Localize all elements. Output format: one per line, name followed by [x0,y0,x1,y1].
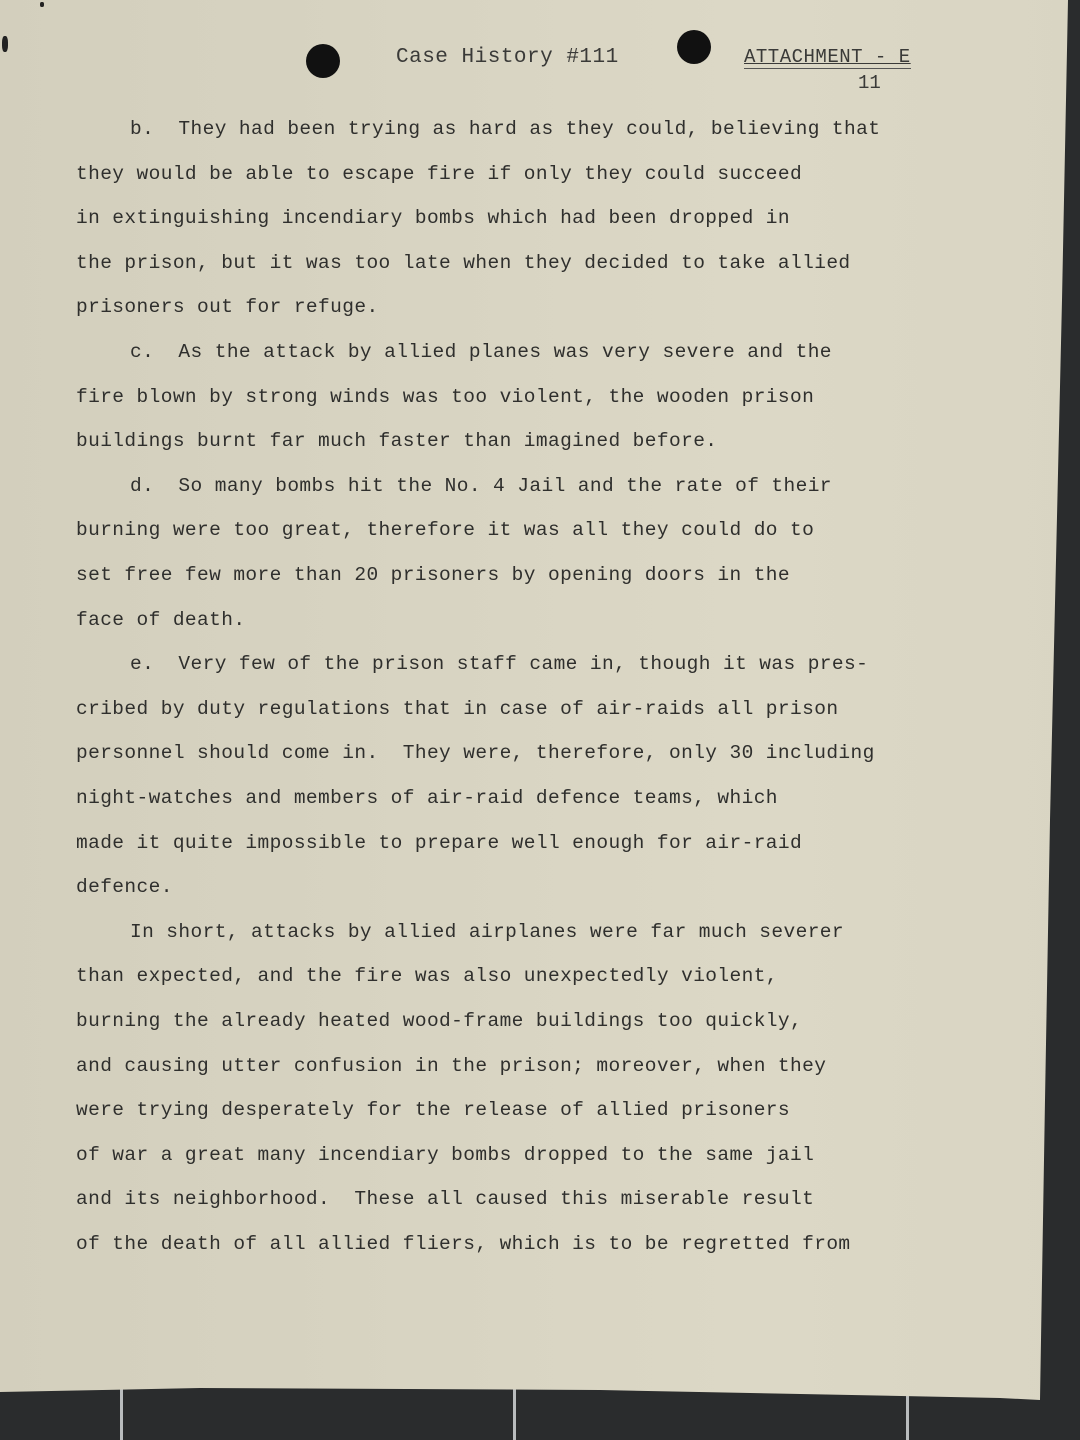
text-line: of the death of all allied fliers, which… [76,1233,851,1255]
document-title: Case History #111 [396,46,619,69]
text-line: the prison, but it was too late when the… [76,252,851,274]
text-line: d. So many bombs hit the No. 4 Jail and … [130,475,832,497]
ink-speck [40,2,44,7]
text-line: of war a great many incendiary bombs dro… [76,1144,814,1166]
text-line: e. Very few of the prison staff came in,… [130,653,868,675]
text-line: buildings burnt far much faster than ima… [76,430,717,452]
text-line: and causing utter confusion in the priso… [76,1055,826,1077]
ink-speck [2,36,8,52]
text-line: and its neighborhood. These all caused t… [76,1188,814,1210]
text-line: made it quite impossible to prepare well… [76,832,802,854]
text-line: were trying desperately for the release … [76,1099,790,1121]
text-line: burning the already heated wood-frame bu… [76,1010,802,1032]
text-line: night-watches and members of air-raid de… [76,787,778,809]
punch-hole [677,30,711,64]
punch-hole [306,44,340,78]
text-line: face of death. [76,609,245,631]
text-line: burning were too great, therefore it was… [76,519,814,541]
text-line: in extinguishing incendiary bombs which … [76,207,790,229]
text-line: c. As the attack by allied planes was ve… [130,341,832,363]
text-line: defence. [76,876,173,898]
text-line: personnel should come in. They were, the… [76,742,875,764]
text-line: fire blown by strong winds was too viole… [76,386,814,408]
text-line: they would be able to escape fire if onl… [76,163,802,185]
page-number: 11 [858,72,881,94]
text-line: cribed by duty regulations that in case … [76,698,838,720]
text-line: prisoners out for refuge. [76,296,379,318]
attachment-label: ATTACHMENT - E [744,46,911,69]
text-line: than expected, and the fire was also une… [76,965,778,987]
text-line: set free few more than 20 prisoners by o… [76,564,790,586]
document-page: Case History #111 ATTACHMENT - E 11 b. T… [0,0,1080,1440]
text-line: b. They had been trying as hard as they … [130,118,880,140]
text-line: In short, attacks by allied airplanes we… [130,921,844,943]
